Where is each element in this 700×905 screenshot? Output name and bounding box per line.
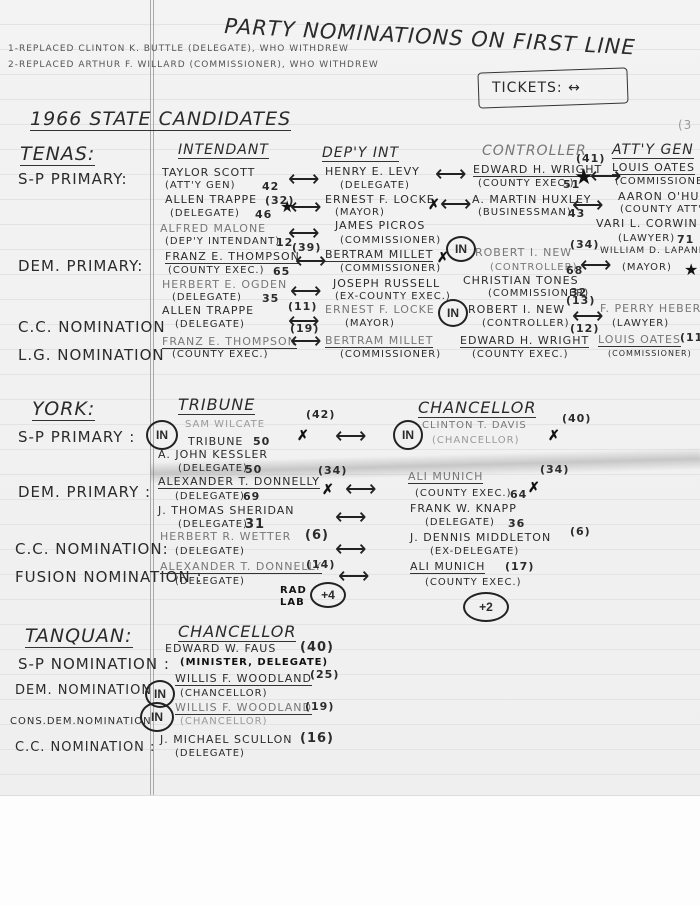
candidate-role: (LAWYER)	[618, 233, 675, 244]
count-mark: (40)	[300, 640, 334, 655]
candidate-name: VARI L. CORWIN	[596, 217, 698, 230]
candidate-name: CHRISTIAN TONES	[463, 274, 579, 287]
incumbent-badge: IN	[146, 420, 178, 450]
vote-share: 64	[510, 488, 527, 501]
count-mark: (14)	[306, 558, 335, 571]
row-label-sp-primary: S-P PRIMARY:	[18, 170, 128, 188]
count-mark: (40)	[562, 412, 591, 425]
candidate-role: (COMMISSIONER)	[608, 349, 692, 358]
ticket-arrow-icon: ⟷	[288, 168, 320, 190]
candidate-role: (COMMISSIONER)	[340, 263, 441, 274]
candidate-role: (DELEGATE)	[175, 319, 245, 330]
candidate-name: ALI MUNICH	[410, 560, 485, 574]
count-mark: (19)	[305, 700, 334, 713]
candidate-role: (COUNTY EXEC.)	[172, 349, 269, 360]
candidate-name: J. DENNIS MIDDLETON	[410, 531, 551, 544]
count-mark: (12)	[570, 322, 599, 335]
candidate-role: (COMMISSIONER)	[340, 349, 441, 360]
candidate-role: (EX-COUNTY EXEC.)	[335, 291, 451, 302]
candidate-name: EDWARD W. FAUS	[165, 642, 276, 655]
candidate-name: BERTRAM MILLET	[325, 248, 433, 262]
column-chancellor: CHANCELLOR	[178, 622, 296, 642]
candidate-role: (DELEGATE)	[175, 491, 245, 502]
candidate-name: ALEXANDER T. DONNELLY	[160, 560, 322, 574]
candidate-name: JAMES PICROS	[335, 219, 425, 232]
ticket-arrow-icon: ⟷	[335, 506, 367, 528]
candidate-name: HERBERT E. OGDEN	[162, 278, 287, 291]
ticket-arrow-icon: ⟷	[590, 165, 622, 187]
candidate-role: (EX-DELEGATE)	[430, 546, 519, 557]
candidate-name: WILLIS F. WOODLAND	[175, 672, 312, 686]
page-mark: (3	[678, 118, 692, 132]
column-intendant: INTENDANT	[178, 142, 269, 159]
candidate-name: ERNEST F. LOCKE	[325, 303, 435, 316]
candidate-role: (CONTROLLER)	[482, 318, 569, 329]
candidate-role: (COUNTY EXEC.)	[472, 349, 569, 360]
candidate-name: ALLEN TRAPPE	[162, 304, 254, 317]
row-label-sp-primary: S-P PRIMARY :	[18, 428, 135, 446]
candidate-name: JOSEPH RUSSELL	[333, 277, 440, 290]
ticket-arrow-icon: ⟷	[580, 254, 612, 276]
candidate-role: (CONTROLLER)	[490, 262, 577, 273]
vote-share: 50	[253, 435, 270, 448]
ticket-arrow-icon: ⟷	[435, 163, 467, 185]
candidate-name: BERTRAM MILLET	[325, 334, 433, 348]
candidate-name: ALLEN TRAPPE	[165, 193, 257, 206]
x-mark-icon: ✗	[548, 428, 560, 442]
incumbent-badge: IN	[446, 236, 476, 262]
candidate-role: (COUNTY EXEC.)	[168, 265, 265, 276]
candidate-name: EDWARD H. WRIGHT	[460, 334, 589, 348]
candidate-name: FRANZ E. THOMPSON	[162, 335, 297, 349]
vote-share: 46	[255, 208, 272, 221]
candidate-role: (DELEGATE)	[178, 463, 248, 474]
footnote-2: 2-REPLACED ARTHUR F. WILLARD (COMMISSION…	[8, 60, 379, 70]
candidate-name: J. THOMAS SHERIDAN	[158, 504, 295, 517]
candidate-role: (COMMISSIONER)	[340, 235, 441, 246]
x-mark-icon: ✗	[428, 197, 440, 211]
x-mark-icon: ✗	[528, 480, 540, 494]
count-mark: (6)	[305, 528, 329, 543]
ticket-arrow-icon: ⟷	[290, 196, 322, 218]
rad-lab-label: RAD LAB	[280, 585, 310, 609]
footnote-1: 1-REPLACED CLINTON K. BUTTLE (DELEGATE),…	[8, 44, 349, 54]
candidate-name: LOUIS OATES	[612, 161, 695, 175]
candidate-name: LOUIS OATES	[598, 333, 681, 347]
count-mark: (17)	[505, 560, 534, 573]
candidate-role: (MAYOR)	[345, 318, 395, 329]
ticket-arrow-icon: ⟷	[572, 194, 604, 216]
candidate-name: A. JOHN KESSLER	[158, 448, 268, 461]
count-mark: (34)	[318, 464, 347, 477]
candidate-role: (MAYOR)	[335, 207, 385, 218]
row-label-lg-nomination: L.G. NOMINATION	[18, 346, 165, 364]
candidate-name: HENRY E. LEVY	[325, 165, 420, 178]
vote-share: 69	[243, 490, 260, 503]
incumbent-badge: IN	[393, 420, 423, 450]
candidate-role: (DELEGATE)	[178, 519, 248, 530]
incumbent-badge: IN	[140, 702, 174, 732]
x-mark-icon: ✗	[297, 428, 309, 442]
candidate-name: WILLIS F. WOODLAND	[175, 701, 312, 715]
ticket-arrow-icon: ⟷	[345, 478, 377, 500]
candidate-name: WILLIAM D. LAPANNE	[600, 246, 700, 256]
candidate-name: FRANZ E. THOMPSON	[165, 250, 300, 264]
state-tanquan: TANQUAN:	[25, 625, 133, 648]
candidate-role: (MINISTER, DELEGATE)	[180, 657, 328, 668]
candidate-role: (DELEGATE)	[175, 748, 245, 759]
ticket-arrow-icon: ⟷	[290, 280, 322, 302]
candidate-role: (DELEGATE)	[175, 546, 245, 557]
row-label-sp-nomination: S-P NOMINATION :	[18, 655, 170, 673]
candidate-role: (COUNTY EXEC.)	[415, 488, 512, 499]
candidate-role: (DELEGATE)	[340, 180, 410, 191]
candidate-name: ROBERT I. NEW	[468, 303, 565, 316]
candidate-role: (DELEGATE)	[172, 292, 242, 303]
count-mark: (34)	[570, 238, 599, 251]
vote-share: 65	[273, 265, 290, 278]
row-label-dem-nomination: DEM. NOMINATION	[15, 683, 152, 698]
candidate-role: (LAWYER)	[612, 318, 669, 329]
column-atty-gen: ATT'Y GEN	[612, 142, 694, 159]
candidate-role: (DELEGATE)	[175, 576, 245, 587]
ticket-arrow-icon: ⟷	[335, 538, 367, 560]
candidate-name: FRANK W. KNAPP	[410, 502, 517, 515]
ticket-arrow-icon: ⟷	[290, 330, 322, 352]
candidate-name: HERBERT R. WETTER	[160, 530, 291, 543]
vote-share: 36	[508, 517, 525, 530]
row-label-dem-primary: DEM. PRIMARY:	[18, 257, 143, 275]
candidate-name: ALFRED MALONE	[160, 222, 266, 235]
column-depy-int: DEP'Y INT	[322, 145, 399, 162]
candidate-role: (COUNTY EXEC.)	[425, 577, 522, 588]
candidate-role: TRIBUNE	[188, 435, 243, 448]
tickets-legend: TICKETS: ↔	[492, 80, 581, 96]
candidate-name: SAM WILCATE	[185, 419, 265, 430]
x-mark-icon: ✗	[322, 482, 334, 496]
row-label-dem-primary: DEM. PRIMARY :	[18, 483, 151, 501]
ticket-arrow-icon: ⟷	[338, 565, 370, 587]
candidate-role: (BUSINESSMAN)	[478, 207, 572, 218]
vote-share: 42	[262, 180, 279, 193]
candidate-name: ROBERT I. NEW	[475, 246, 572, 259]
candidate-name: J. MICHAEL SCULLON	[160, 733, 293, 746]
ticket-arrow-icon: ⟷	[335, 425, 367, 447]
state-york: YORK:	[32, 398, 95, 421]
candidate-role: (ATT'Y GEN)	[165, 180, 236, 191]
candidate-role: (CHANCELLOR)	[432, 435, 520, 446]
count-mark: (11)	[680, 331, 700, 344]
incumbent-badge: IN	[438, 299, 468, 327]
column-controller: CONTROLLER	[482, 143, 587, 159]
ticket-arrow-icon: ⟷	[295, 250, 327, 272]
candidate-name: ERNEST F. LOCKE	[325, 193, 435, 206]
margin-badge: +4	[310, 582, 346, 608]
row-label-cons-dem-nomination: CONS.DEM.NOMINATION	[10, 716, 152, 727]
ticket-arrow-icon: ⟷	[440, 193, 472, 215]
candidate-name: CLINTON T. DAVIS	[422, 420, 527, 431]
year-heading: 1966 STATE CANDIDATES	[30, 108, 291, 131]
row-label-cc-nomination: C.C. NOMINATION :	[15, 740, 155, 755]
candidate-role: (MAYOR)	[622, 262, 672, 273]
candidate-role: (COUNTY EXEC.)	[478, 178, 575, 189]
count-mark: (42)	[306, 408, 335, 421]
candidate-name: AARON O'HURE	[618, 190, 700, 203]
candidate-name: ALEXANDER T. DONNELLY	[158, 475, 320, 489]
candidate-role: (DELEGATE)	[170, 208, 240, 219]
state-tenas: TENAS:	[20, 143, 95, 166]
candidate-name: TAYLOR SCOTT	[162, 166, 255, 179]
candidate-role: (COUNTY ATT'Y)	[620, 204, 700, 215]
column-tribune: TRIBUNE	[178, 395, 255, 415]
vote-share: 71	[677, 233, 694, 246]
candidate-name: F. PERRY HEBER	[600, 302, 700, 315]
count-mark: (16)	[300, 731, 334, 746]
count-mark: (34)	[540, 463, 569, 476]
candidate-role: (CHANCELLOR)	[180, 688, 268, 699]
candidate-role: (CHANCELLOR)	[180, 716, 268, 727]
candidate-role: (DELEGATE)	[425, 517, 495, 528]
vote-share: 35	[262, 292, 279, 305]
row-label-cc-nomination: C.C. NOMINATION:	[15, 540, 169, 558]
row-label-cc-nomination: C.C. NOMINATION	[18, 318, 166, 336]
candidate-name: ALI MUNICH	[408, 470, 483, 484]
column-chancellor: CHANCELLOR	[418, 398, 536, 418]
count-mark: (6)	[570, 525, 591, 538]
star-icon: ★	[684, 263, 698, 279]
candidate-role: (COMMISSIONER)	[615, 176, 700, 187]
margin-badge: +2	[463, 592, 509, 622]
candidate-role: (DEP'Y INTENDANT)	[165, 236, 280, 247]
count-mark: (25)	[310, 668, 339, 681]
